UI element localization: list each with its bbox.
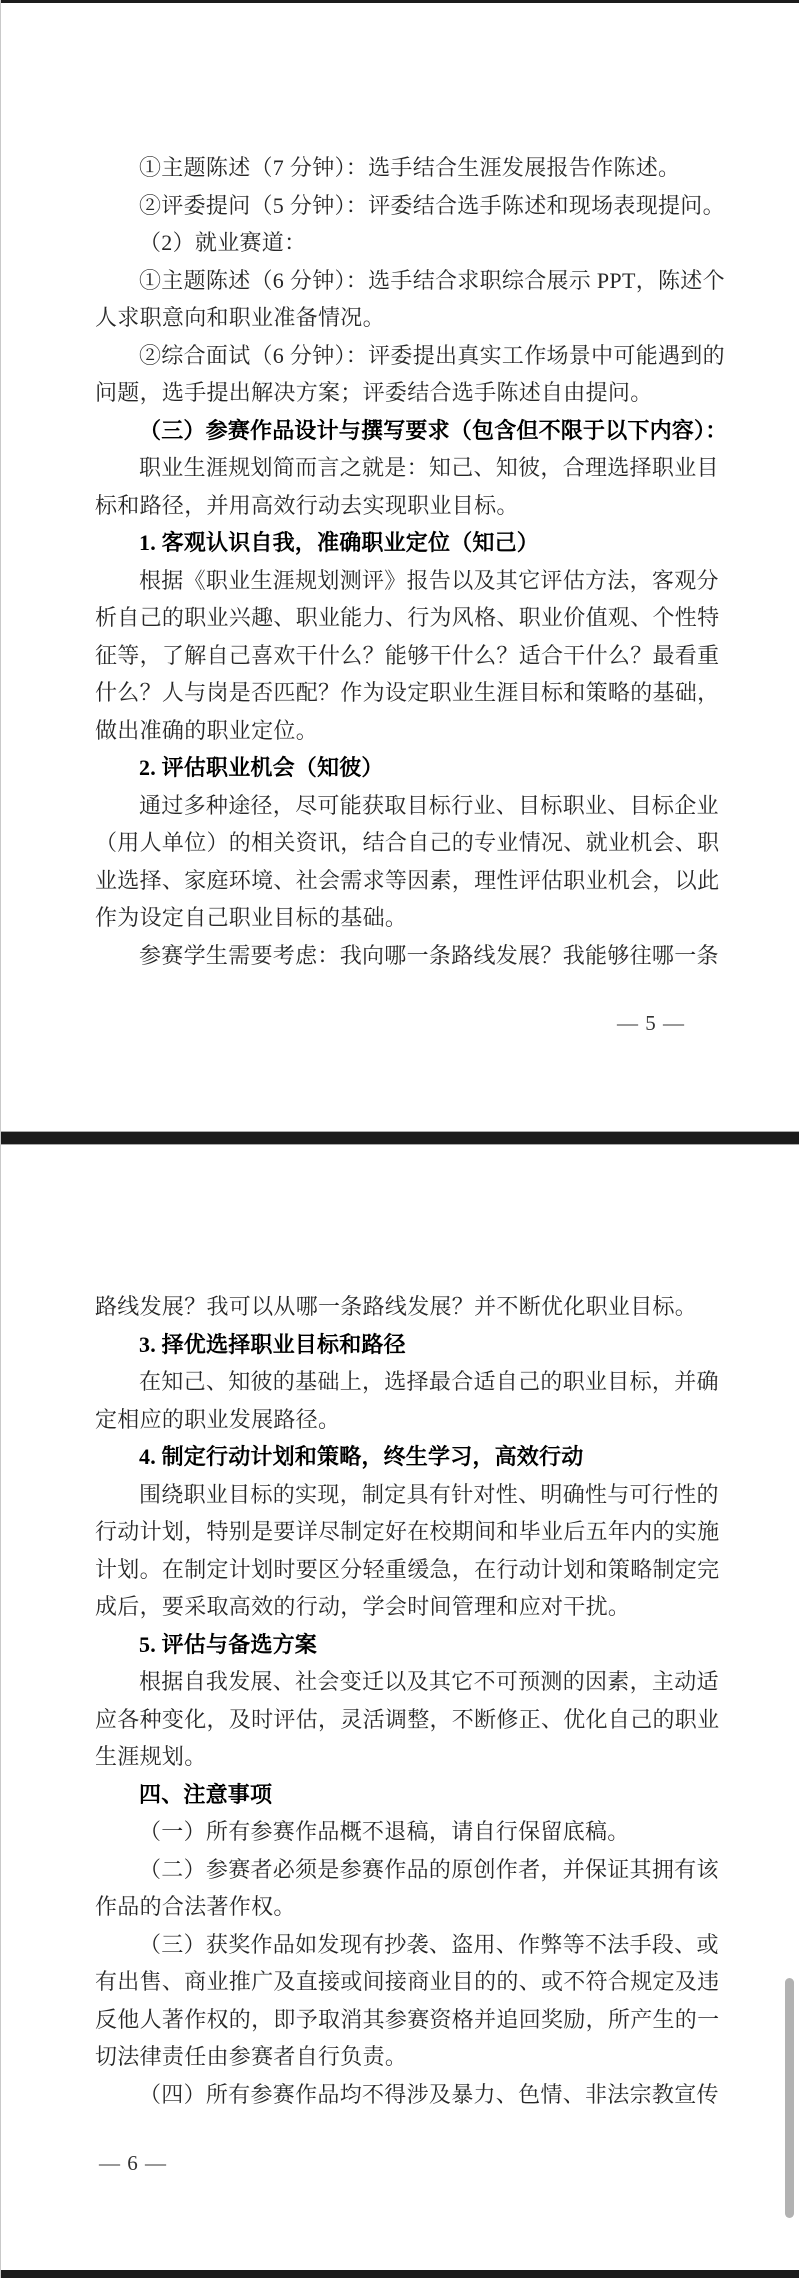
text-line: 4. 制定行动计划和策略，终生学习，高效行动 — [95, 1438, 713, 1476]
text-line: （2）就业赛道： — [95, 224, 713, 262]
page-6-number: — 6 — — [99, 2151, 167, 2176]
text-line: 参赛学生需要考虑：我向哪一条路线发展？我能够往哪一条 — [95, 937, 713, 975]
text-line: 标和路径，并用高效行动去实现职业目标。 — [95, 487, 713, 525]
viewer-left-edge — [0, 0, 1, 2278]
text-line: 围绕职业目标的实现，制定具有针对性、明确性与可行性的 — [95, 1476, 713, 1514]
text-line: 根据自我发展、社会变迁以及其它不可预测的因素，主动适 — [95, 1663, 713, 1701]
text-line: 1. 客观认识自我，准确职业定位（知己） — [95, 524, 713, 562]
text-line: 人求职意向和职业准备情况。 — [95, 299, 713, 337]
text-line: 有出售、商业推广及直接或间接商业目的的、或不符合规定及违 — [95, 1963, 713, 2001]
text-line: 成后，要采取高效的行动，学会时间管理和应对干扰。 — [95, 1588, 713, 1626]
viewer-top-edge — [0, 0, 799, 3]
page-separator — [0, 1131, 799, 1145]
text-line: （四）所有参赛作品均不得涉及暴力、色情、非法宗教宣传 — [95, 2076, 713, 2114]
text-line: 征等，了解自己喜欢干什么？能够干什么？适合干什么？最看重 — [95, 637, 713, 675]
text-line: 2. 评估职业机会（知彼） — [95, 749, 713, 787]
text-line: 应各种变化，及时评估，灵活调整，不断修正、优化自己的职业 — [95, 1701, 713, 1739]
scrollbar-thumb[interactable] — [785, 1978, 794, 2218]
text-line: ①主题陈述（7 分钟）：选手结合生涯发展报告作陈述。 — [95, 149, 713, 187]
text-line: （二）参赛者必须是参赛作品的原创作者，并保证其拥有该 — [95, 1851, 713, 1889]
page-5-number: — 5 — — [586, 1011, 716, 1036]
text-line: 根据《职业生涯规划测评》报告以及其它评估方法，客观分 — [95, 562, 713, 600]
text-line: 在知己、知彼的基础上，选择最合适自己的职业目标，并确 — [95, 1363, 713, 1401]
text-line: 3. 择优选择职业目标和路径 — [95, 1326, 713, 1364]
page-5-content: ①主题陈述（7 分钟）：选手结合生涯发展报告作陈述。②评委提问（5 分钟）：评委… — [95, 149, 713, 974]
text-line: 5. 评估与备选方案 — [95, 1626, 713, 1664]
text-line: ②评委提问（5 分钟）：评委结合选手陈述和现场表现提问。 — [95, 187, 713, 225]
text-line: 作品的合法著作权。 — [95, 1888, 713, 1926]
text-line: （一）所有参赛作品概不退稿，请自行保留底稿。 — [95, 1813, 713, 1851]
text-line: 什么？人与岗是否匹配？作为设定职业生涯目标和策略的基础， — [95, 674, 713, 712]
document-viewer: ①主题陈述（7 分钟）：选手结合生涯发展报告作陈述。②评委提问（5 分钟）：评委… — [0, 0, 799, 2278]
text-line: 做出准确的职业定位。 — [95, 712, 713, 750]
text-line: 析自己的职业兴趣、职业能力、行为风格、职业价值观、个性特 — [95, 599, 713, 637]
text-line: 反他人著作权的，即予取消其参赛资格并追回奖励，所产生的一 — [95, 2001, 713, 2039]
page-6-content: 路线发展？我可以从哪一条路线发展？并不断优化职业目标。3. 择优选择职业目标和路… — [95, 1288, 713, 2113]
text-line: 作为设定自己职业目标的基础。 — [95, 899, 713, 937]
text-line: （三）获奖作品如发现有抄袭、盗用、作弊等不法手段、或 — [95, 1926, 713, 1964]
text-line: （用人单位）的相关资讯，结合自己的专业情况、就业机会、职 — [95, 824, 713, 862]
text-line: ①主题陈述（6 分钟）：选手结合求职综合展示 PPT，陈述个 — [95, 262, 713, 300]
text-line: 行动计划，特别是要详尽制定好在校期间和毕业后五年内的实施 — [95, 1513, 713, 1551]
text-line: 问题，选手提出解决方案；评委结合选手陈述自由提问。 — [95, 374, 713, 412]
text-line: 路线发展？我可以从哪一条路线发展？并不断优化职业目标。 — [95, 1288, 713, 1326]
text-line: 四、注意事项 — [95, 1776, 713, 1814]
text-line: ②综合面试（6 分钟）：评委提出真实工作场景中可能遇到的 — [95, 337, 713, 375]
viewer-bottom-edge — [0, 2270, 799, 2278]
text-line: 切法律责任由参赛者自行负责。 — [95, 2038, 713, 2076]
text-line: 生涯规划。 — [95, 1738, 713, 1776]
text-line: 计划。在制定计划时要区分轻重缓急，在行动计划和策略制定完 — [95, 1551, 713, 1589]
text-line: （三）参赛作品设计与撰写要求（包含但不限于以下内容）： — [95, 412, 713, 450]
text-line: 业选择、家庭环境、社会需求等因素，理性评估职业机会，以此 — [95, 862, 713, 900]
text-line: 通过多种途径，尽可能获取目标行业、目标职业、目标企业 — [95, 787, 713, 825]
text-line: 职业生涯规划简而言之就是：知己、知彼，合理选择职业目 — [95, 449, 713, 487]
text-line: 定相应的职业发展路径。 — [95, 1401, 713, 1439]
